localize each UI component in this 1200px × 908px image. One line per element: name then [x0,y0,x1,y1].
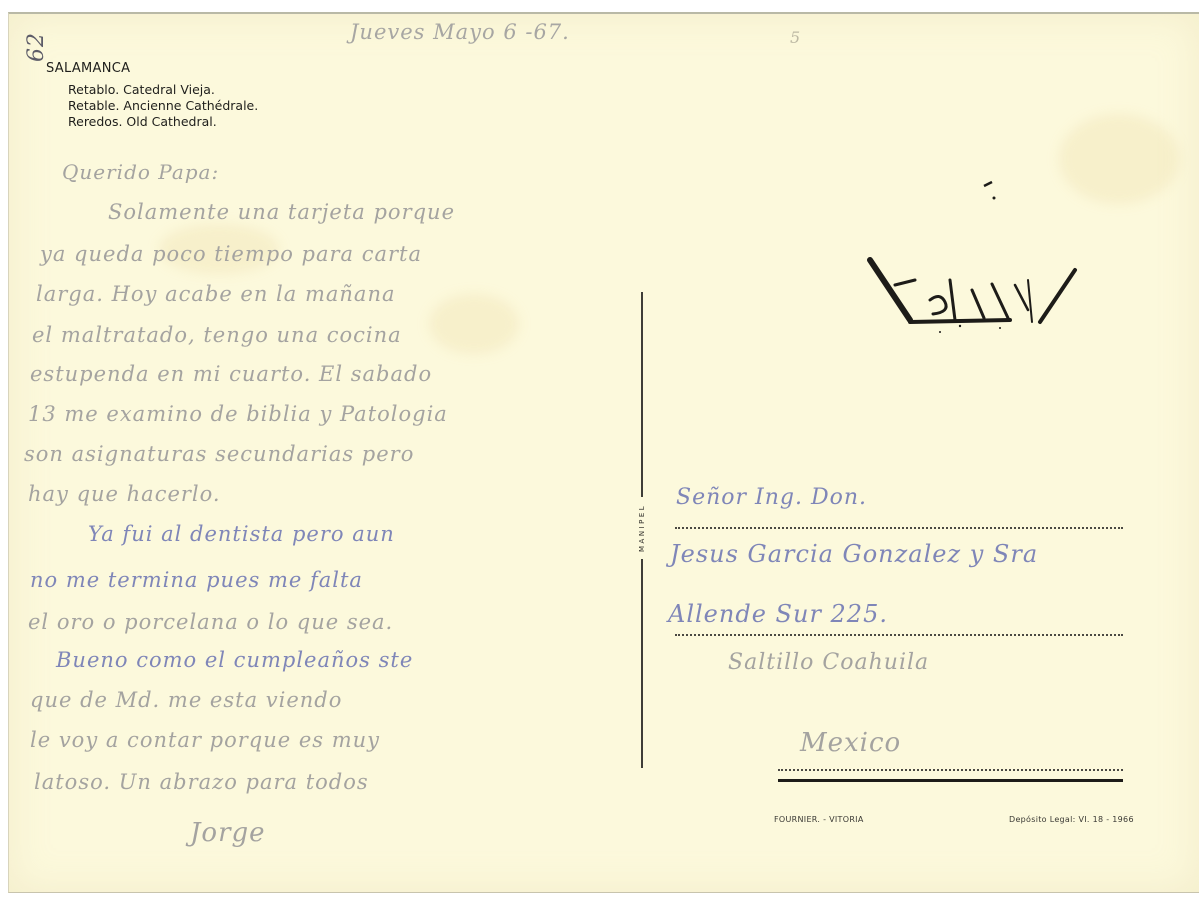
message-line: Ya fui al dentista pero aun [88,522,395,546]
message-line: Solamente una tarjeta porque [108,200,455,224]
address-line: Saltillo Coahuila [728,650,929,675]
message-greeting: Querido Papa: [62,160,219,184]
message-line: latoso. Un abrazo para todos [34,770,369,794]
caption-title: SALAMANCA [46,61,130,76]
caption-line-spanish: Retablo. Catedral Vieja. [68,82,215,98]
address-line: Jesus Garcia Gonzalez y Sra [670,540,1038,568]
postmark-icon [860,240,1080,340]
corner-number: 62 [24,32,49,62]
legal-deposit: Depósito Legal: VI. 18 - 1966 [1009,815,1134,824]
address-line: Allende Sur 225. [668,600,888,628]
corner-mark: 5 [790,28,801,47]
message-line: el oro o porcelana o lo que sea. [28,610,393,634]
address-line: Mexico [800,728,901,758]
message-line: Bueno como el cumpleaños ste [56,648,413,672]
message-line: son asignaturas secundarias pero [24,442,414,466]
caption-line-english: Reredos. Old Cathedral. [68,114,217,130]
message-line: 13 me examino de biblia y Patologia [28,402,448,426]
message-line: hay que hacerlo. [28,482,221,506]
address-line: Señor Ing. Don. [676,485,867,510]
address-rule [778,769,1123,771]
address-underline [778,779,1123,782]
message-line: estupenda en mi cuarto. El sabado [30,362,432,386]
divider-label: MANIPEL [636,497,648,559]
message-line: le voy a contar porque es muy [30,728,380,752]
handwritten-date: Jueves Mayo 6 -67. [350,20,570,44]
signature: Jorge [190,818,266,848]
paper-stain [1059,114,1179,204]
postmark-fragment-icon [980,180,1000,210]
message-line: el maltratado, tengo una cocina [32,323,402,347]
message-line: larga. Hoy acabe en la mañana [36,282,396,306]
paper-stain [429,294,519,354]
publisher-imprint: FOURNIER. - VITORIA [774,815,864,824]
address-rule [675,634,1123,636]
message-line: no me termina pues me falta [30,568,363,592]
message-line: que de Md. me esta viendo [30,688,342,712]
message-line: ya queda poco tiempo para carta [40,242,422,266]
address-rule [675,527,1123,529]
caption-line-french: Retable. Ancienne Cathédrale. [68,98,258,114]
